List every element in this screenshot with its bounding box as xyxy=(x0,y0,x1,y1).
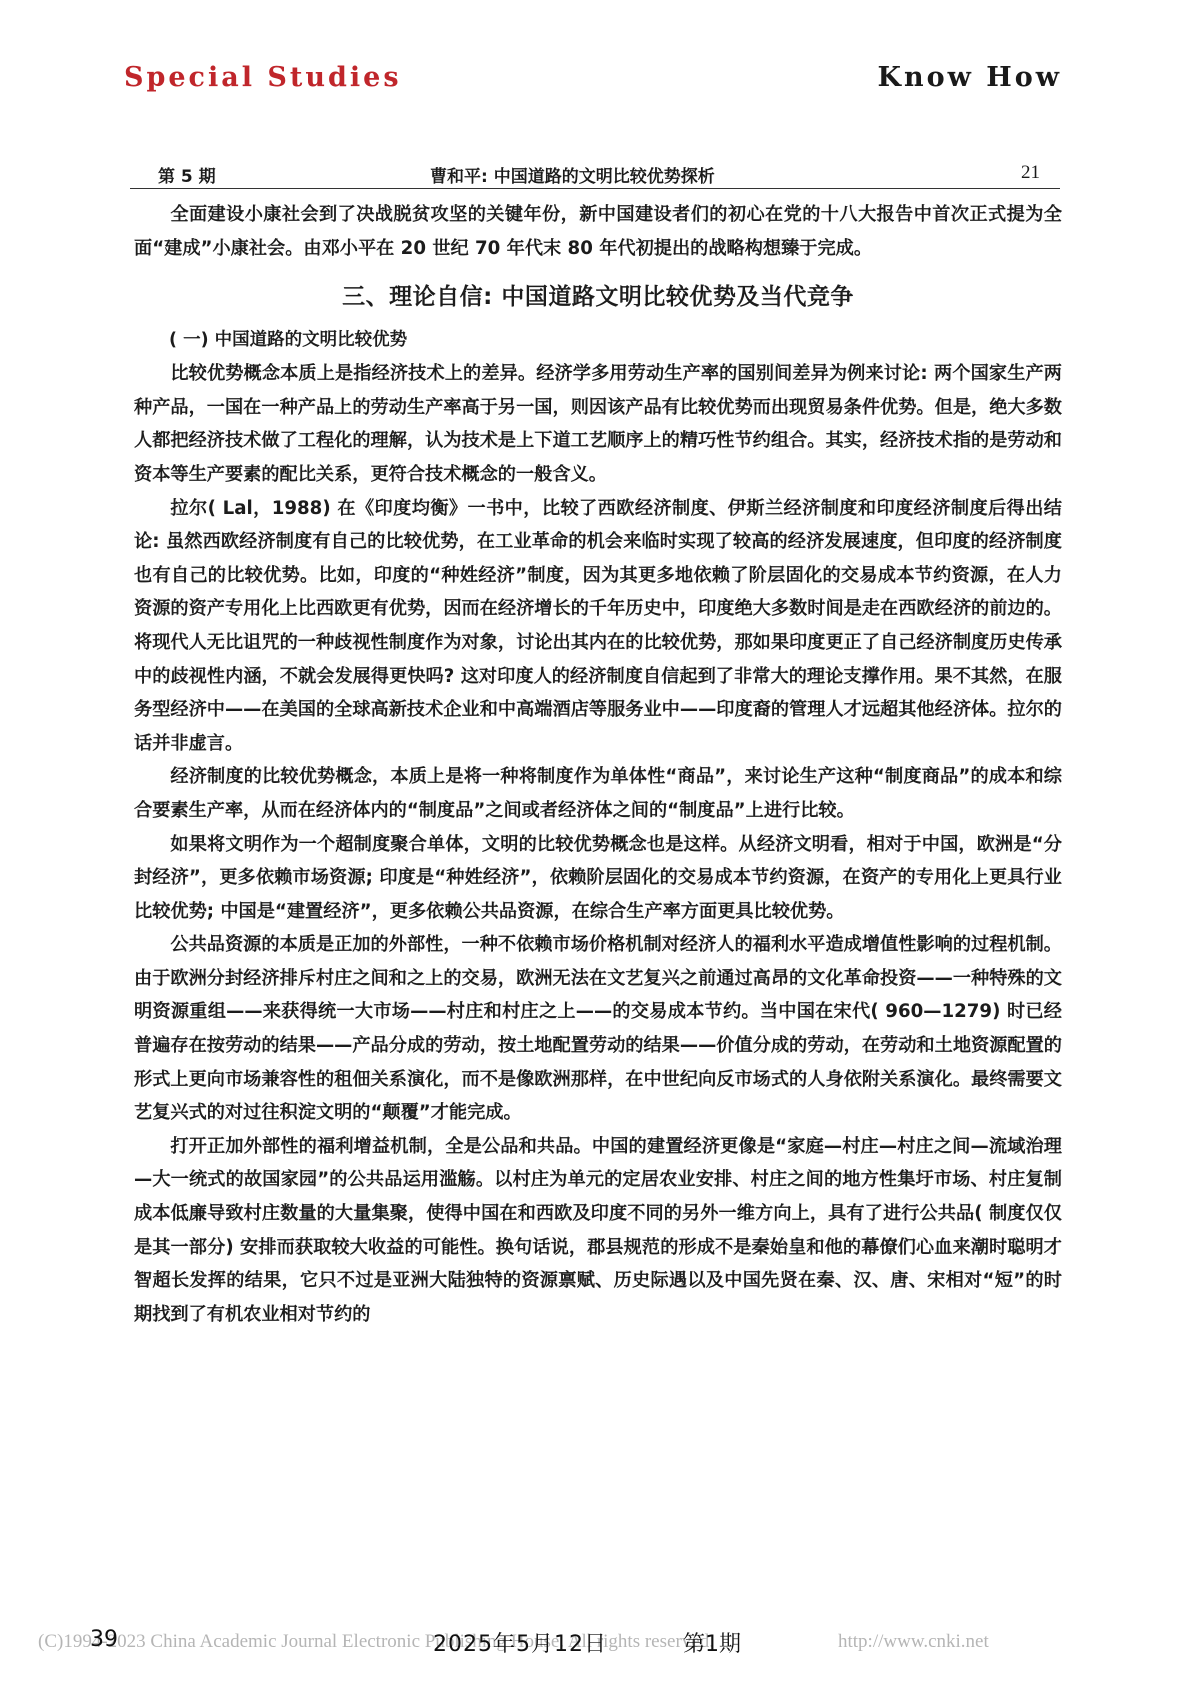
paragraph: 公共品资源的本质是正加的外部性，一种不依赖市场价格机制对经济人的福利水平造成增值… xyxy=(134,928,1062,1130)
magazine-header: Special Studies Know How xyxy=(124,62,1062,98)
paragraph: 如果将文明作为一个超制度聚合单体，文明的比较优势概念也是这样。从经济文明看，相对… xyxy=(134,828,1062,929)
page-footer: (C)1994-2023 China Academic Journal Elec… xyxy=(38,1627,1158,1657)
article-running-title: 曹和平: 中国道路的文明比较优势探析 xyxy=(430,162,715,187)
magazine-section-label: Special Studies xyxy=(124,62,402,93)
cnki-copyright-watermark: (C)1994-2023 China Academic Journal Elec… xyxy=(38,1631,714,1653)
paragraph: 打开正加外部性的福利增益机制，全是公品和共品。中国的建置经济更像是“家庭—村庄—… xyxy=(134,1130,1062,1332)
paragraph: 比较优势概念本质上是指经济技术上的差异。经济学多用劳动生产率的国别间差异为例来讨… xyxy=(134,357,1062,491)
magazine-issue: 第1期 xyxy=(683,1627,741,1658)
magazine-column-label: Know How xyxy=(877,62,1062,93)
intro-paragraph: 全面建设小康社会到了决战脱贫攻坚的关键年份，新中国建设者们的初心在党的十八大报告… xyxy=(134,198,1062,265)
article-body: 全面建设小康社会到了决战脱贫攻坚的关键年份，新中国建设者们的初心在党的十八大报告… xyxy=(134,198,1062,1331)
paragraph: 经济制度的比较优势概念，本质上是将一种将制度作为单体性“商品”，来讨论生产这种“… xyxy=(134,760,1062,827)
publication-date: 2025年5月12日 xyxy=(433,1627,607,1658)
cnki-url: http://www.cnki.net xyxy=(838,1631,989,1653)
running-header: 第 5 期 曹和平: 中国道路的文明比较优势探析 21 xyxy=(130,162,1060,189)
journal-issue: 第 5 期 xyxy=(158,162,216,187)
paragraph: 拉尔( Lal，1988) 在《印度均衡》一书中，比较了西欧经济制度、伊斯兰经济… xyxy=(134,492,1062,761)
section-title: 三、理论自信: 中国道路文明比较优势及当代竞争 xyxy=(134,279,1062,315)
magazine-page-number: 39 xyxy=(90,1627,118,1652)
subsection-title: ( 一) 中国道路的文明比较优势 xyxy=(134,323,1062,357)
journal-page-number: 21 xyxy=(1021,162,1040,184)
